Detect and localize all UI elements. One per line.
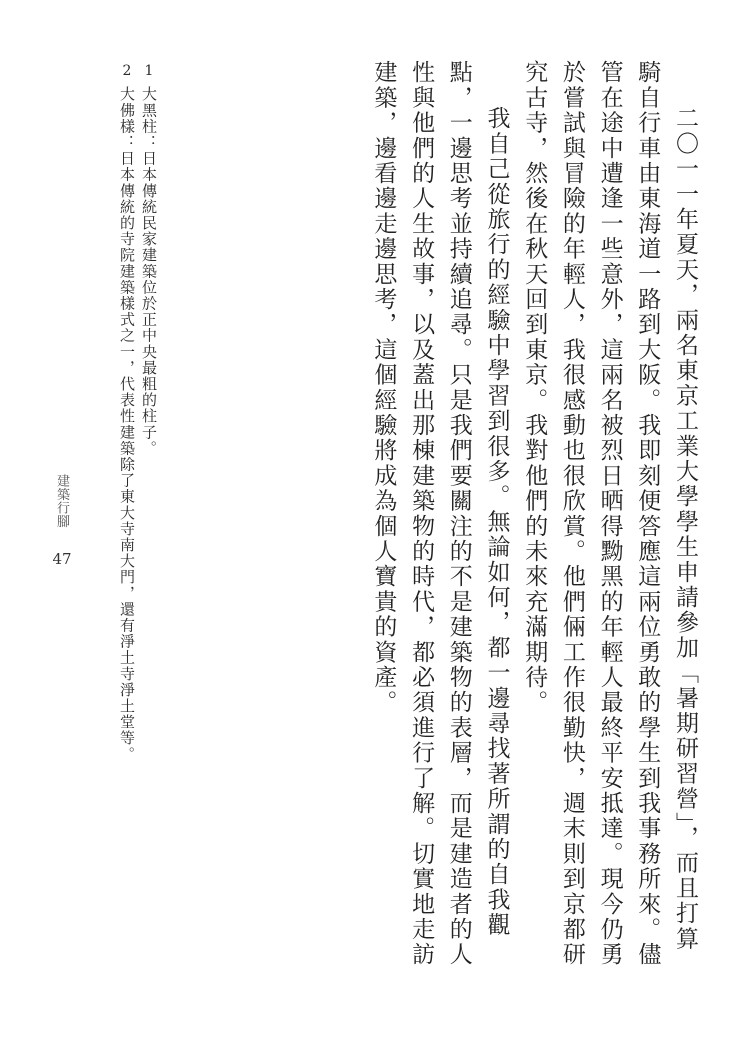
paragraph-1: 二〇一一年夏天，兩名東京工業大學學生申請參加「暑期研習營」，而且打算騎自行車由東… — [514, 60, 703, 972]
footnote-2: 2大佛樣：日本傳統的寺院建築樣式之一，代表性建築除了東大寺南大門，還有淨土寺淨土… — [116, 64, 138, 824]
footnote-text: 大佛樣：日本傳統的寺院建築樣式之一，代表性建築除了東大寺南大門，還有淨土寺淨土堂… — [118, 86, 136, 762]
footnote-number: 1 — [138, 64, 160, 78]
page-number: 47 — [50, 550, 74, 568]
footnotes: 1大黑柱：日本傳統民家建築位於正中央最粗的柱子。 2大佛樣：日本傳統的寺院建築樣… — [116, 64, 160, 824]
footnote-number: 2 — [116, 64, 138, 78]
paragraph-2: 我自己從旅行的經驗中學習到很多。無論如何，都一邊尋找著所謂的自我觀點，一邊思考並… — [364, 60, 515, 972]
body-text: 二〇一一年夏天，兩名東京工業大學學生申請參加「暑期研習營」，而且打算騎自行車由東… — [364, 60, 703, 972]
running-head: 建築行腳 — [52, 474, 71, 528]
footnote-1: 1大黑柱：日本傳統民家建築位於正中央最粗的柱子。 — [138, 64, 160, 824]
footnote-text: 大黑柱：日本傳統民家建築位於正中央最粗的柱子。 — [140, 86, 158, 456]
book-page: 二〇一一年夏天，兩名東京工業大學學生申請參加「暑期研習營」，而且打算騎自行車由東… — [0, 0, 750, 1062]
